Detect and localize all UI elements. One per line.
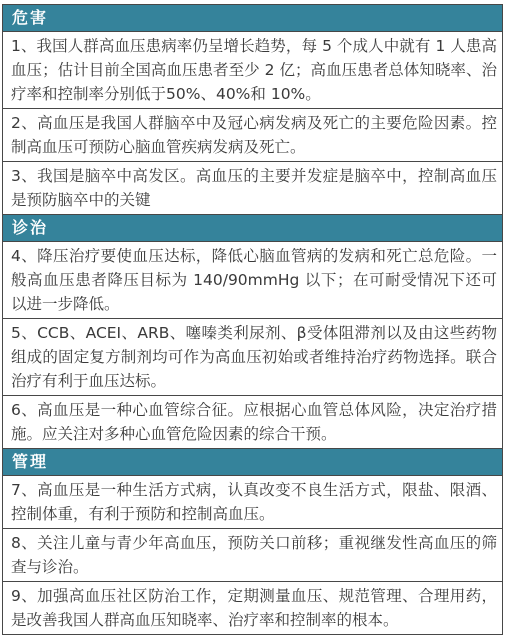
table-row-6: 6、高血压是一种心血管综合征。应根据心血管总体风险，决定治疗措施。应关注对多种心… — [3, 396, 502, 449]
table-row-7: 7、高血压是一种生活方式病，认真改变不良生活方式，限盐、限酒、控制体重，有利于预… — [3, 476, 502, 529]
table-row-1: 1、我国人群高血压患病率仍呈增长趋势，每 5 个成人中就有 1 人患高血压；估计… — [3, 32, 502, 109]
section-header-diagnosis-treatment: 诊治 — [3, 215, 502, 242]
table-row-5: 5、CCB、ACEI、ARB、噻嗪类利尿剂、β受体阻滞剂以及由这些药物组成的固定… — [3, 319, 502, 396]
section-header-harm: 危害 — [3, 5, 502, 32]
hypertension-guideline-table: 危害 1、我国人群高血压患病率仍呈增长趋势，每 5 个成人中就有 1 人患高血压… — [2, 4, 503, 558]
table-row-2: 2、高血压是我国人群脑卒中及冠心病发病及死亡的主要危险因素。控制高血压可预防心脑… — [3, 109, 502, 162]
table-row-8: 8、关注儿童与青少年高血压，预防关口前移；重视继发性高血压的筛查与诊治。 — [3, 529, 502, 558]
table-row-3: 3、我国是脑卒中高发区。高血压的主要并发症是脑卒中，控制高血压是预防脑卒中的关键 — [3, 162, 502, 215]
table-row-4: 4、降压治疗要使血压达标，降低心脑血管病的发病和死亡总危险。一般高血压患者降压目… — [3, 242, 502, 319]
section-header-management: 管理 — [3, 449, 502, 476]
